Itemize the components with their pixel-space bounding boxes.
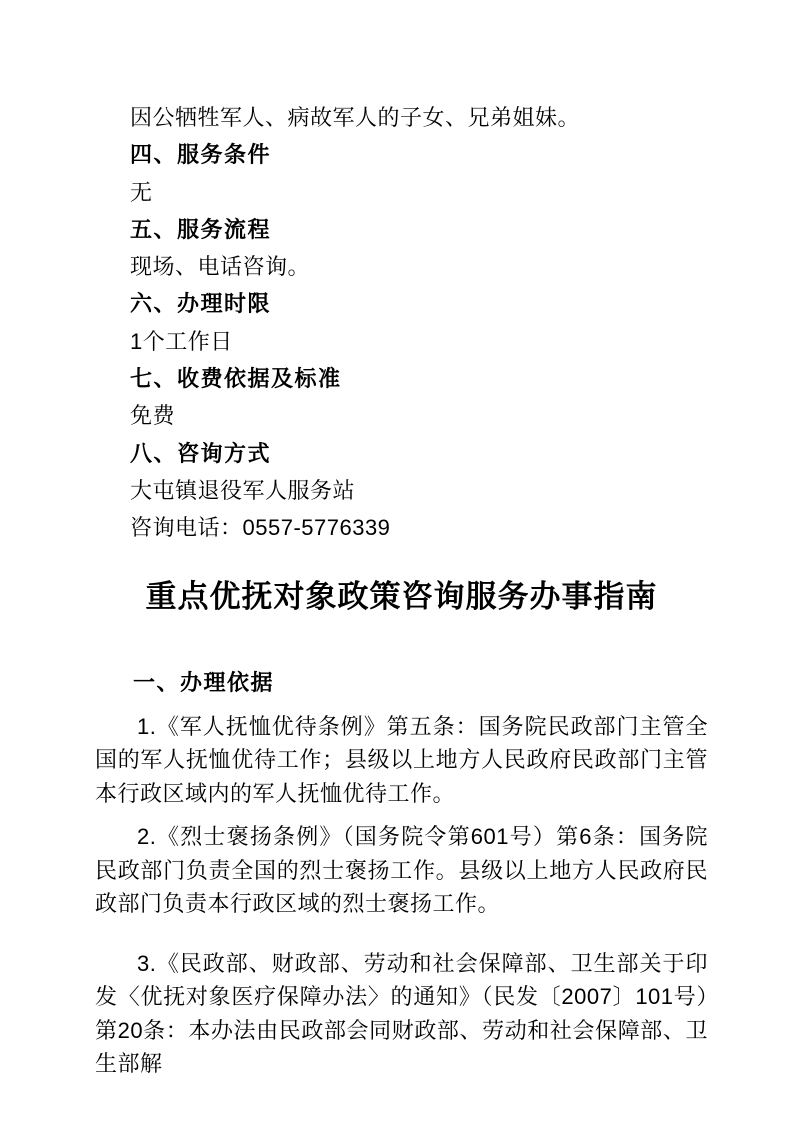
line-free: 免费	[95, 397, 708, 434]
paragraph-legal-basis-2: 2.《烈士褒扬条例》（国务院令第601号）第6条：国务院民政部门负责全国的烈士褒…	[95, 820, 708, 921]
paragraph-legal-basis-3: 3.《民政部、财政部、劳动和社会保障部、卫生部关于印发〈优抚对象医疗保障办法〉的…	[95, 947, 708, 1081]
previous-guide-tail-section: 因公牺牲军人、病故军人的子女、兄弟姐妹。 四、服务条件 无 五、服务流程 现场、…	[95, 99, 708, 547]
line-service-station: 大屯镇退役军人服务站	[95, 472, 708, 509]
line-consultation-phone: 咨询电话：0557-5776339	[95, 509, 708, 546]
line-none: 无	[95, 174, 708, 211]
document-content: 因公牺牲军人、病故军人的子女、兄弟姐妹。 四、服务条件 无 五、服务流程 现场、…	[95, 99, 708, 1081]
heading-processing-time: 六、办理时限	[95, 285, 708, 322]
document-title: 重点优抚对象政策咨询服务办事指南	[95, 577, 708, 617]
line-consult-methods: 现场、电话咨询。	[95, 248, 708, 285]
document-page: 因公牺牲军人、病故军人的子女、兄弟姐妹。 四、服务条件 无 五、服务流程 现场、…	[0, 0, 793, 1122]
line-working-days: 1个工作日	[95, 323, 708, 360]
heading-fee-basis-standard: 七、收费依据及标准	[95, 360, 708, 397]
heading-service-process: 五、服务流程	[95, 211, 708, 248]
heading-handling-basis: 一、办理依据	[95, 668, 708, 698]
line-beneficiaries: 因公牺牲军人、病故军人的子女、兄弟姐妹。	[95, 99, 708, 136]
heading-service-conditions: 四、服务条件	[95, 136, 708, 173]
paragraph-legal-basis-1: 1.《军人抚恤优待条例》第五条：国务院民政部门主管全国的军人抚恤优待工作；县级以…	[95, 710, 708, 811]
heading-consultation-method: 八、咨询方式	[95, 435, 708, 472]
